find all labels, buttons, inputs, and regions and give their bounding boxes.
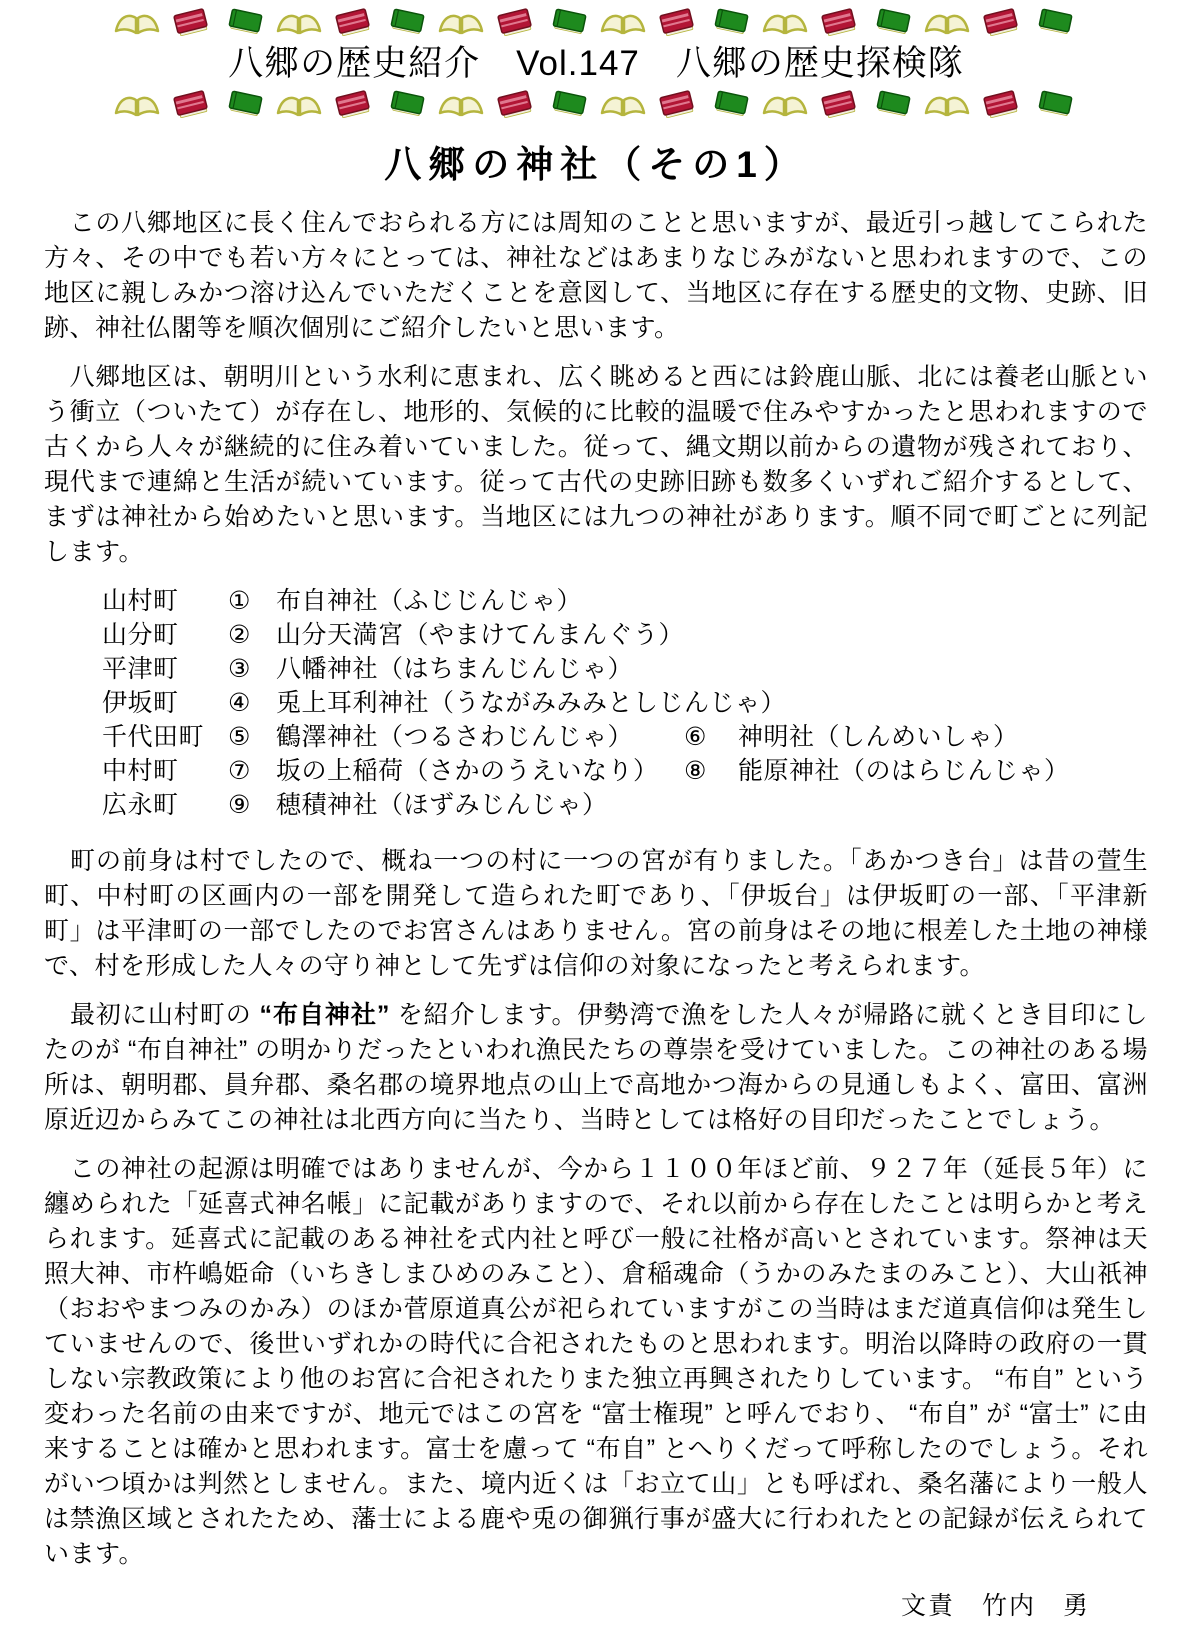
green-book-icon <box>381 89 433 121</box>
book-border-top <box>44 6 1148 40</box>
shrine-name: 八幡神社（はちまんじんじゃ） <box>276 652 684 686</box>
shrine-name: 穂積神社（ほずみじんじゃ） <box>276 788 684 822</box>
shrine-name <box>738 652 1148 686</box>
open-book-icon <box>435 89 487 121</box>
green-book-icon <box>705 89 757 121</box>
open-book-icon <box>921 89 973 121</box>
shrine-name: 兎上耳利神社（うながみみみとしじんじゃ） <box>276 686 684 720</box>
signature: 文責 竹内 勇 <box>44 1586 1148 1622</box>
shrine-number: ⑦ <box>228 754 276 788</box>
red-book-icon <box>975 89 1027 121</box>
shrine-number: ⑧ <box>684 754 738 788</box>
fuji-pre-text: 最初に山村町の <box>44 1001 260 1029</box>
green-book-icon <box>543 7 595 39</box>
shrine-list-row: 伊坂町 ④ 兎上耳利神社（うながみみみとしじんじゃ） <box>102 686 1148 720</box>
town-name: 山分町 <box>102 618 228 652</box>
shrine-name <box>738 584 1148 618</box>
shrine-name: 布自神社（ふじじんじゃ） <box>276 584 684 618</box>
shrine-number <box>684 584 738 618</box>
paragraph-region: 八郷地区は、朝明川という水利に恵まれ、広く眺めると西には鈴鹿山脈、北には養老山脈… <box>44 360 1148 570</box>
book-border-bottom <box>44 88 1148 122</box>
red-book-icon <box>489 89 541 121</box>
shrine-number: ④ <box>228 686 276 720</box>
shrine-name: 能原神社（のはらじんじゃ） <box>738 754 1148 788</box>
paragraph-towns: 町の前身は村でしたので、概ね一つの村に一つの宮が有りました。「あかつき台」は昔の… <box>44 844 1148 984</box>
red-book-icon <box>327 7 379 39</box>
open-book-icon <box>273 89 325 121</box>
town-name: 平津町 <box>102 652 228 686</box>
red-book-icon <box>651 89 703 121</box>
green-book-icon <box>1029 89 1081 121</box>
red-book-icon <box>165 89 217 121</box>
shrine-name: 坂の上稲荷（さかのうえいなり） <box>276 754 684 788</box>
green-book-icon <box>867 7 919 39</box>
shrine-number <box>684 788 738 822</box>
red-book-icon <box>651 7 703 39</box>
open-book-icon <box>597 7 649 39</box>
shrine-list-row: 山分町 ② 山分天満宮（やまけてんまんぐう） <box>102 618 1148 652</box>
town-name: 伊坂町 <box>102 686 228 720</box>
open-book-icon <box>921 7 973 39</box>
shrine-list-row: 山村町 ① 布自神社（ふじじんじゃ） <box>102 584 1148 618</box>
page-title: 八郷の神社（その1） <box>44 134 1148 188</box>
shrine-number <box>684 652 738 686</box>
shrine-number: ③ <box>228 652 276 686</box>
town-name: 広永町 <box>102 788 228 822</box>
green-book-icon <box>705 7 757 39</box>
open-book-icon <box>273 7 325 39</box>
shrine-list-row: 平津町 ③ 八幡神社（はちまんじんじゃ） <box>102 652 1148 686</box>
town-name: 千代田町 <box>102 720 228 754</box>
red-book-icon <box>813 7 865 39</box>
shrine-number: ⑥ <box>684 720 738 754</box>
shrine-number: ⑤ <box>228 720 276 754</box>
shrine-name <box>738 618 1148 652</box>
open-book-icon <box>435 7 487 39</box>
shrine-number <box>684 686 738 720</box>
fuji-shrine-name-bold: “布自神社” <box>260 1001 390 1029</box>
paragraph-origin: この神社の起源は明確ではありませんが、今から１１００年ほど前、９２７年（延長５年… <box>44 1152 1148 1572</box>
newsletter-title: 八郷の歴史紹介 Vol.147 八郷の歴史探検隊 <box>44 41 1148 87</box>
red-book-icon <box>975 7 1027 39</box>
red-book-icon <box>165 7 217 39</box>
green-book-icon <box>219 89 271 121</box>
green-book-icon <box>1029 7 1081 39</box>
shrine-list-row: 中村町 ⑦ 坂の上稲荷（さかのうえいなり） ⑧ 能原神社（のはらじんじゃ） <box>102 754 1148 788</box>
shrine-number: ① <box>228 584 276 618</box>
shrine-name: 山分天満宮（やまけてんまんぐう） <box>276 618 684 652</box>
shrine-list-row: 千代田町 ⑤ 鶴澤神社（つるさわじんじゃ） ⑥ 神明社（しんめいしゃ） <box>102 720 1148 754</box>
open-book-icon <box>759 89 811 121</box>
open-book-icon <box>597 89 649 121</box>
green-book-icon <box>219 7 271 39</box>
red-book-icon <box>327 89 379 121</box>
shrine-list: 山村町 ① 布自神社（ふじじんじゃ） 山分町 ② 山分天満宮（やまけてんまんぐう… <box>102 584 1148 822</box>
shrine-name: 神明社（しんめいしゃ） <box>738 720 1148 754</box>
shrine-name <box>738 686 1148 720</box>
open-book-icon <box>759 7 811 39</box>
paragraph-fuji-shrine: 最初に山村町の “布自神社” を紹介します。伊勢湾で漁をした人々が帰路に就くとき… <box>44 998 1148 1138</box>
shrine-list-row: 広永町 ⑨ 穂積神社（ほずみじんじゃ） <box>102 788 1148 822</box>
shrine-number <box>684 618 738 652</box>
shrine-number: ⑨ <box>228 788 276 822</box>
newsletter-page: 八郷の歴史紹介 Vol.147 八郷の歴史探検隊 <box>0 0 1192 1644</box>
open-book-icon <box>111 7 163 39</box>
shrine-name <box>738 788 1148 822</box>
paragraph-intro: この八郷地区に長く住んでおられる方には周知のことと思いますが、最近引っ越してこら… <box>44 206 1148 346</box>
green-book-icon <box>867 89 919 121</box>
town-name: 山村町 <box>102 584 228 618</box>
shrine-number: ② <box>228 618 276 652</box>
red-book-icon <box>489 7 541 39</box>
red-book-icon <box>813 89 865 121</box>
shrine-name: 鶴澤神社（つるさわじんじゃ） <box>276 720 684 754</box>
green-book-icon <box>543 89 595 121</box>
town-name: 中村町 <box>102 754 228 788</box>
green-book-icon <box>381 7 433 39</box>
open-book-icon <box>111 89 163 121</box>
